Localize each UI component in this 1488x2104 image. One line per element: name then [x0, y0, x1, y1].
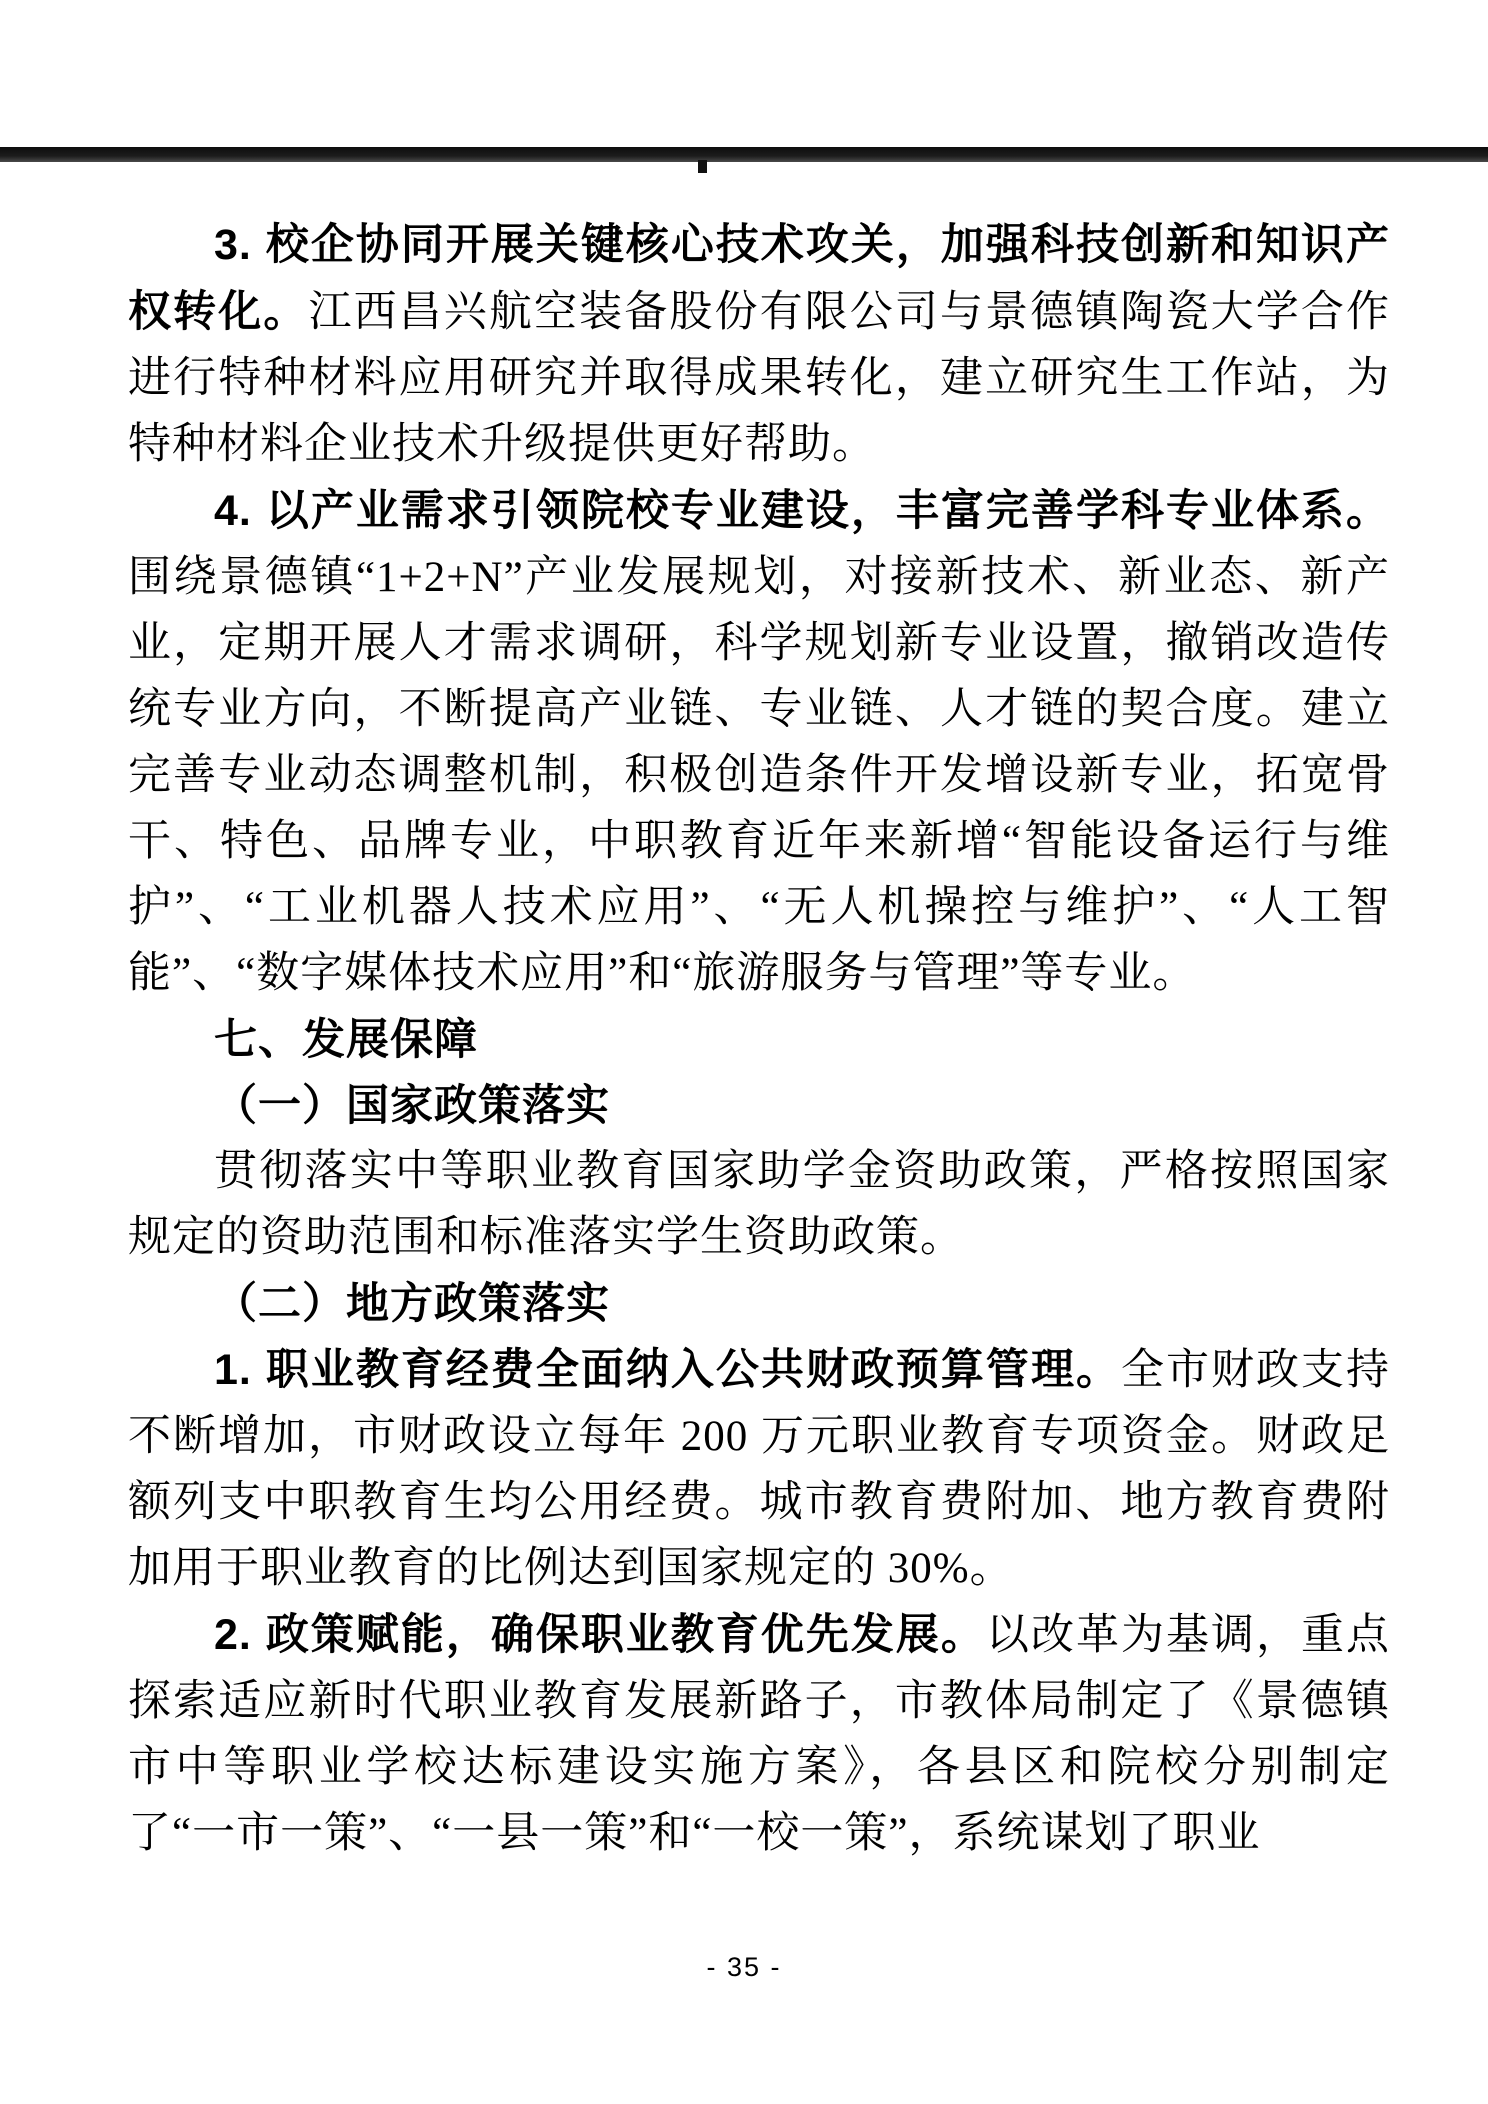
document-content: 3. 校企协同开展关键核心技术攻关，加强科技创新和知识产权转化。江西昌兴航空装备…	[128, 212, 1390, 1867]
document-page: 3. 校企协同开展关键核心技术攻关，加强科技创新和知识产权转化。江西昌兴航空装备…	[0, 0, 1488, 2104]
page-footer: - 35 -	[0, 1952, 1488, 1983]
subsection-heading-two: （二）地方政策落实	[128, 1271, 1390, 1337]
page-number: - 35 -	[706, 1952, 781, 1982]
paragraph-4: 4. 以产业需求引领院校专业建设，丰富完善学科专业体系。围绕景德镇“1+2+N”…	[128, 478, 1390, 1007]
paragraph-1-lead: 1. 职业教育经费全面纳入公共财政预算管理。	[214, 1346, 1121, 1394]
paragraph-3: 3. 校企协同开展关键核心技术攻关，加强科技创新和知识产权转化。江西昌兴航空装备…	[128, 212, 1390, 478]
paragraph-4-lead: 4. 以产业需求引领院校专业建设，丰富完善学科专业体系。	[214, 487, 1390, 535]
scan-artifact-mark	[698, 160, 707, 173]
paragraph-national-policy-text: 贯彻落实中等职业教育国家助学金资助政策，严格按照国家规定的资助范围和标准落实学生…	[128, 1148, 1390, 1261]
paragraph-2-lead: 2. 政策赋能，确保职业教育优先发展。	[214, 1611, 986, 1659]
paragraph-2: 2. 政策赋能，确保职业教育优先发展。以改革为基调，重点探索适应新时代职业教育发…	[128, 1602, 1390, 1867]
paragraph-national-policy: 贯彻落实中等职业教育国家助学金资助政策，严格按照国家规定的资助范围和标准落实学生…	[128, 1139, 1390, 1271]
paragraph-1: 1. 职业教育经费全面纳入公共财政预算管理。全市财政支持不断增加，市财政设立每年…	[128, 1337, 1390, 1602]
section-heading-seven: 七、发展保障	[128, 1007, 1390, 1073]
paragraph-4-text: 围绕景德镇“1+2+N”产业发展规划，对接新技术、新业态、新产业，定期开展人才需…	[128, 554, 1390, 997]
paragraph-3-text: 江西昌兴航空装备股份有限公司与景德镇陶瓷大学合作进行特种材料应用研究并取得成果转…	[128, 289, 1390, 468]
subsection-heading-one: （一）国家政策落实	[128, 1073, 1390, 1139]
scan-artifact-band	[0, 147, 1488, 162]
